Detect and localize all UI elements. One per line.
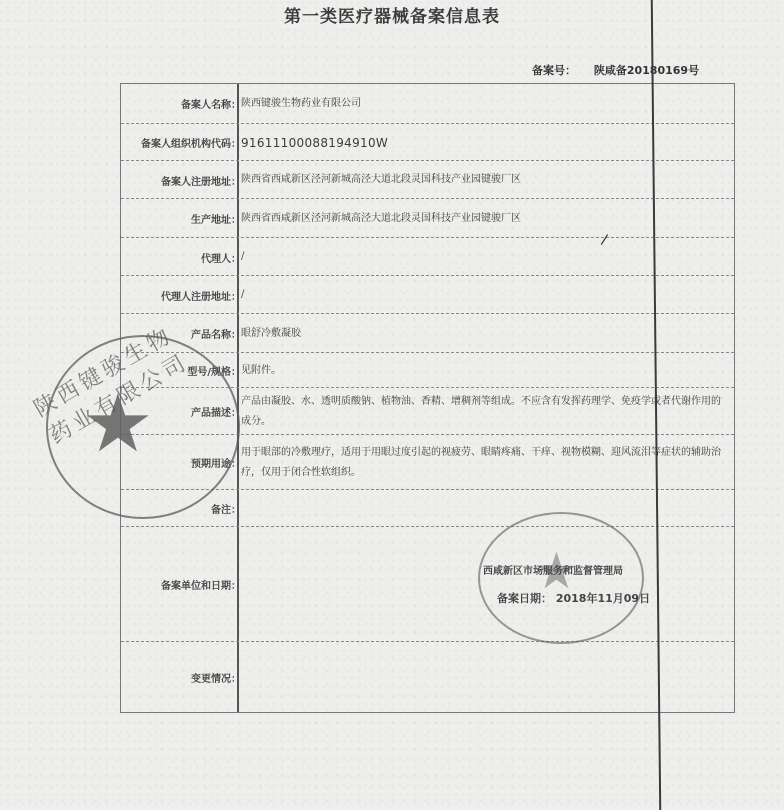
row-agent-address: 代理人注册地址 /	[121, 275, 734, 314]
row-org-code: 备案人组织机构代码 91611100088194910W	[121, 123, 734, 161]
row-remarks: 备注	[121, 489, 734, 527]
seal-star-icon: ★	[82, 384, 154, 464]
label-agent-address: 代理人注册地址	[121, 276, 237, 314]
row-registered-address: 备案人注册地址 陕西省西咸新区泾河新城高泾大道北段灵国科技产业园键骏厂区	[121, 160, 734, 199]
document-title: 第一类医疗器械备案信息表	[0, 2, 784, 27]
row-product-name: 产品名称 眼舒冷敷凝胶	[121, 313, 734, 353]
value-model-spec: 见附件。	[241, 353, 726, 388]
label-change-history: 变更情况	[121, 642, 237, 713]
value-product-description: 产品由凝胶、水、透明质酸钠、植物油、香精、增稠剂等组成。不应含有发挥药理学、免疫…	[241, 388, 726, 435]
filing-date-value: 2018年11月09日	[556, 592, 650, 605]
row-agent: 代理人 /	[121, 237, 734, 276]
label-production-address: 生产地址	[121, 199, 237, 238]
row-filer-name: 备案人名称 陕西键骏生物药业有限公司	[121, 84, 734, 123]
row-change-history: 变更情况	[121, 641, 734, 713]
value-change-history	[241, 642, 726, 713]
record-number: 备案号： 陕咸备20180169号	[532, 62, 699, 78]
filing-date-label: 备案日期：	[497, 592, 552, 605]
label-org-code: 备案人组织机构代码	[121, 124, 237, 161]
record-number-label: 备案号：	[532, 64, 576, 77]
label-filer-name: 备案人名称	[121, 84, 237, 123]
value-intended-use: 用于眼部的冷敷理疗，适用于用眼过度引起的视疲劳、眼睛疼痛、干痒、视物模糊、迎风流…	[241, 435, 726, 490]
filing-authority: 西咸新区市场服务和监督管理局	[483, 562, 623, 577]
filing-date: 备案日期： 2018年11月09日	[497, 590, 650, 606]
row-production-address: 生产地址 陕西省西咸新区泾河新城高泾大道北段灵国科技产业园键骏厂区	[121, 198, 734, 238]
value-remarks	[241, 490, 726, 527]
record-number-value: 陕咸备20180169号	[594, 64, 699, 77]
label-registered-address: 备案人注册地址	[121, 161, 237, 199]
label-agent: 代理人	[121, 238, 237, 276]
label-filing-unit-date: 备案单位和日期	[121, 527, 237, 642]
